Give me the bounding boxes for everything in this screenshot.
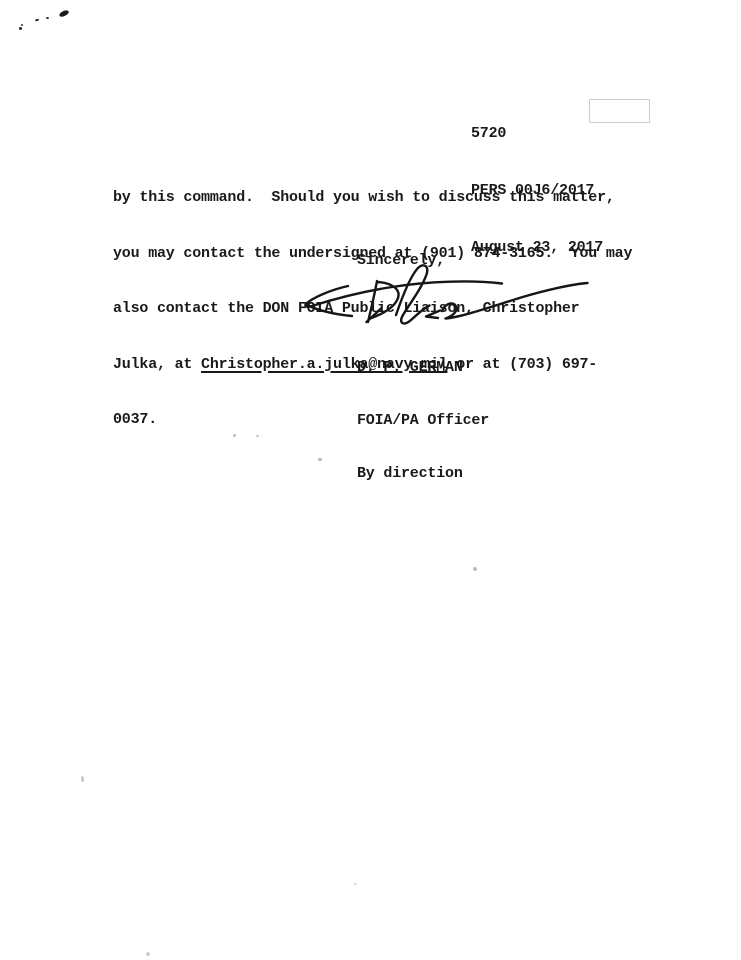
signer-name: D. P. GERMAN xyxy=(357,359,489,377)
scan-speck xyxy=(473,567,477,571)
scan-speck xyxy=(146,952,150,956)
scanned-letter-page: 5720 PERS 00J6/2017 August 23, 2017 by t… xyxy=(0,0,741,960)
signer-title: FOIA/PA Officer xyxy=(357,412,489,430)
scan-speck xyxy=(21,24,23,26)
signer-authority: By direction xyxy=(357,465,489,483)
ssic-number: 5720 xyxy=(471,124,603,143)
scan-speck xyxy=(19,27,22,30)
scan-speck xyxy=(35,19,39,22)
body-line-text: Julka, at xyxy=(113,356,201,373)
signature-block: D. P. GERMAN FOIA/PA Officer By directio… xyxy=(357,324,489,518)
scan-speck xyxy=(81,776,84,782)
scan-speck xyxy=(354,883,357,885)
scan-speck xyxy=(58,9,69,18)
scan-speck xyxy=(46,17,49,19)
body-line: by this command. Should you wish to disc… xyxy=(113,189,632,208)
